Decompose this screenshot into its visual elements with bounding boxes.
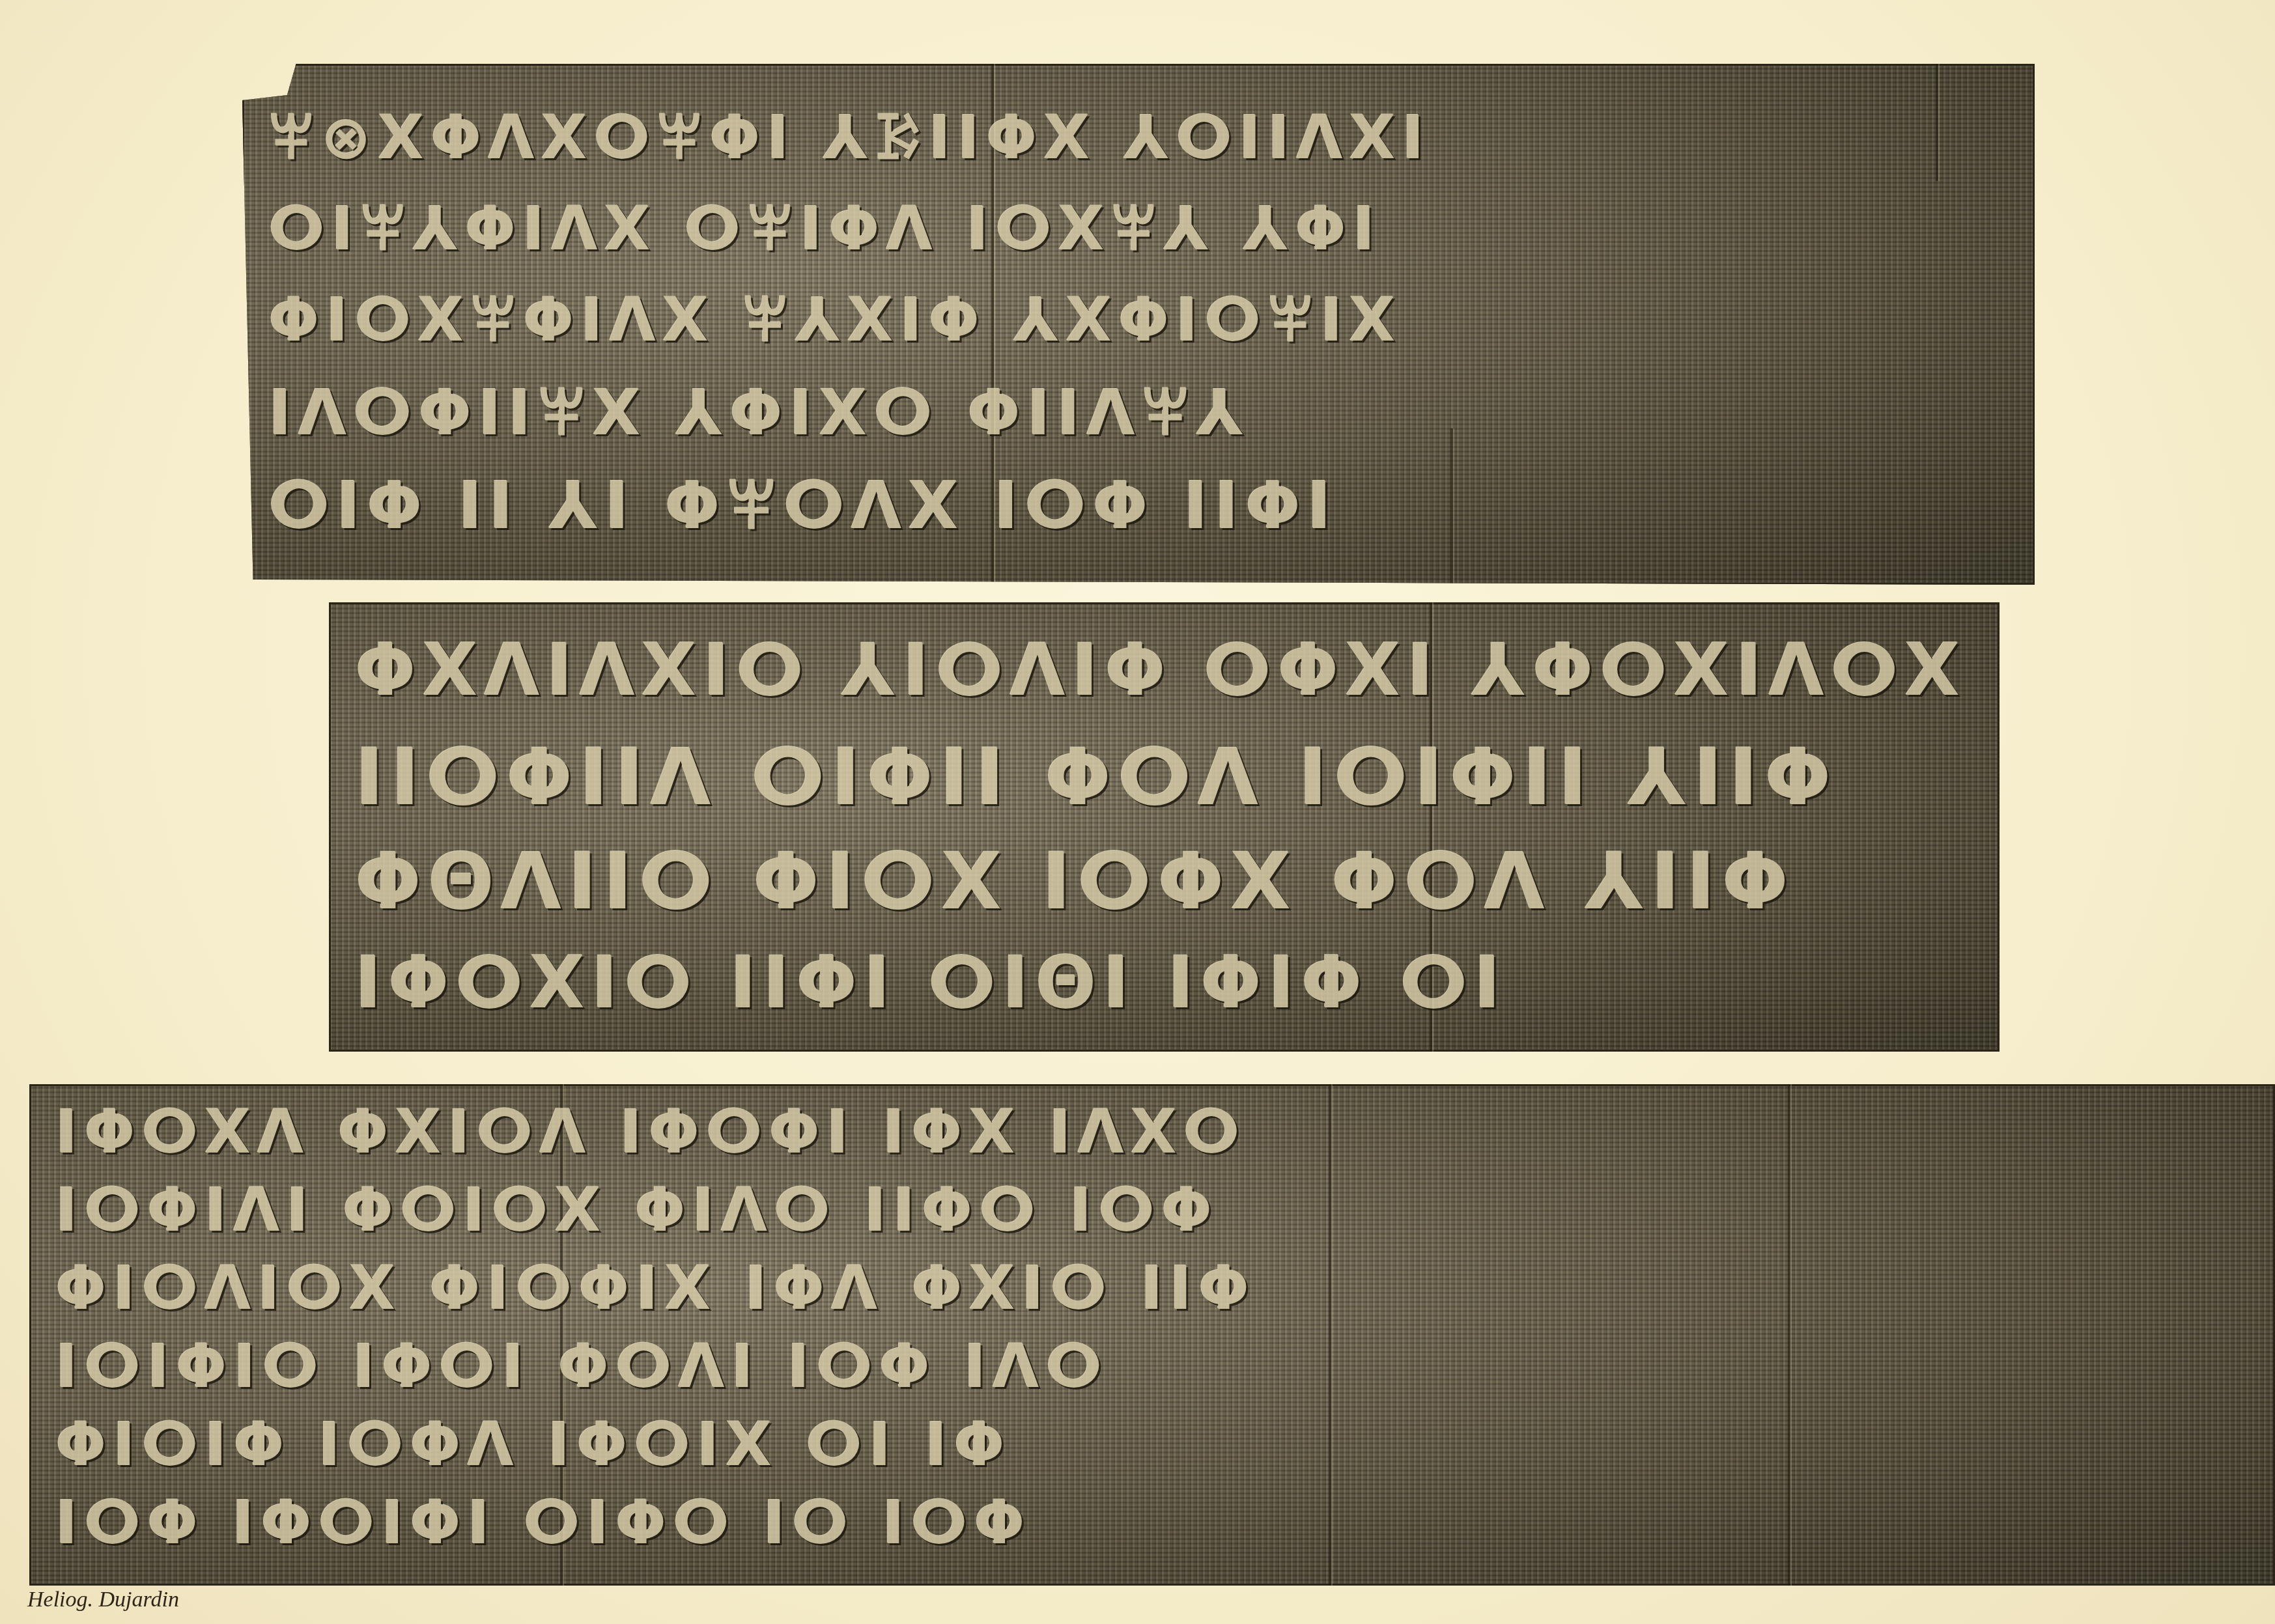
squeeze-panel-middle: ΦΧΛⵏΛΧⵏⵔ ⅄ⵏⵔΛⵏΦ ⵔΦΧⵏ ⅄ΦⵔΧⵏΛⵔΧ ⵏⵏⵔΦⵏⵏΛ ⵔⵏ… bbox=[329, 602, 1999, 1052]
inscription-line: ΦⵏⵔΛⵏⵔΧ ΦⵏⵔΦⵏΧ ⵏΦΛ ΦΧⵏⵔ ⵏⵏΦ bbox=[55, 1253, 2249, 1323]
inscription-line: ⵏΦⵔΧⵏⵔ ⵏⵏΦⵏ ⵔⵏΘⵏ ⵏΦⵏΦ ⵔⵏ bbox=[355, 941, 1973, 1024]
inscription-line: ⵏⵔⵏΦⵏⵔ ⵏΦⵔⵏ ΦⵔΛⵏ ⵏⵔΦ ⵏΛⵔ bbox=[55, 1332, 2249, 1401]
squeeze-panel-upper: ꕽ⊗ΧΦΛΧⵔꕽΦⵏ ⅄ꗣⵏⵏΦΧ ⅄ⵔⵏⵏΛΧⵏ ⵔⵏꕽ⅄ΦⵏΛΧ ⵔꕽⵏΦΛ… bbox=[242, 64, 2035, 585]
inscription-line: ΦΘΛⵏⵏⵔ ΦⵏⵔΧ ⵏⵔΦΧ ΦⵔΛ ⅄ⵏⵏΦ bbox=[355, 837, 1973, 927]
inscription-line: ⵏΛⵔΦⵏⵏꕽΧ ⅄ΦⵏΧⵔ ΦⵏⵏΛꕽ⅄ bbox=[268, 376, 2009, 451]
inscription-line: ⵏⵔΦ ⵏΦⵔⵏΦⵏ ⵔⵏΦⵔ ⵏⵔ ⵏⵔΦ bbox=[55, 1488, 2249, 1558]
inscription-line: ΦⵏⵔΧꕽΦⵏΛΧ ꕽ⅄ΧⵏΦ ⅄ΧΦⵏⵔꕽⵏΧ bbox=[268, 285, 2009, 356]
engraver-credit: Heliog. Dujardin bbox=[27, 1588, 179, 1612]
inscription-line: ⵔⵏΦ ⵏⵏ ⅄ⵏ ΦꕽⵔΛΧ ⵏⵔΦ ⵏⵏΦⵏ bbox=[268, 468, 2009, 544]
inscription-line: ⵏⵏⵔΦⵏⵏΛ ⵔⵏΦⵏⵏ ΦⵔΛ ⵏⵔⵏΦⵏⵏ ⅄ⵏⵏΦ bbox=[355, 733, 1973, 823]
inscription-line: ΦⵏⵔⵏΦ ⵏⵔΦΛ ⵏΦⵔⵏΧ ⵔⵏ ⵏΦ bbox=[55, 1410, 2249, 1479]
inscription-line: ΦΧΛⵏΛΧⵏⵔ ⅄ⵏⵔΛⵏΦ ⵔΦΧⵏ ⅄ΦⵔΧⵏΛⵔΧ bbox=[355, 628, 1973, 712]
inscription-line: ⵔⵏꕽ⅄ΦⵏΛΧ ⵔꕽⵏΦΛ ⵏⵔΧꕽ⅄ ⅄Φⵏ bbox=[268, 194, 2009, 265]
inscription-line: ꕽ⊗ΧΦΛΧⵔꕽΦⵏ ⅄ꗣⵏⵏΦΧ ⅄ⵔⵏⵏΛΧⵏ bbox=[268, 103, 2009, 174]
squeeze-panel-lower: ⵏΦⵔΧΛ ΦΧⵏⵔΛ ⵏΦⵔΦⵏ ⵏΦΧ ⵏΛΧⵔ ⵏⵔΦⵏΛⵏ ΦⵔⵏⵔΧ … bbox=[29, 1084, 2275, 1586]
inscription-line: ⵏⵔΦⵏΛⵏ ΦⵔⵏⵔΧ ΦⵏΛⵔ ⵏⵏΦⵔ ⵏⵔΦ bbox=[55, 1175, 2249, 1245]
inscription-line: ⵏΦⵔΧΛ ΦΧⵏⵔΛ ⵏΦⵔΦⵏ ⵏΦΧ ⵏΛΧⵔ bbox=[55, 1097, 2249, 1167]
